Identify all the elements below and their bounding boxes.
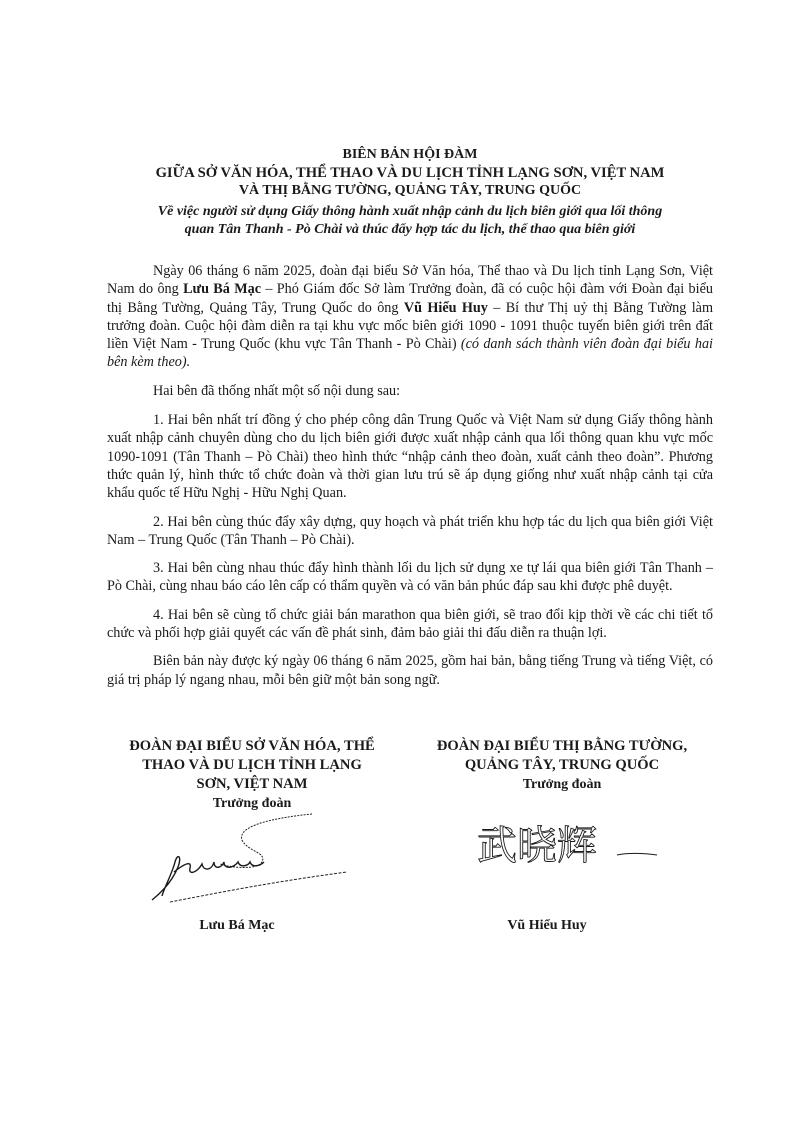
right-role: Trưởng đoàn [397, 775, 727, 794]
subtitle-line2: quan Tân Thanh - Pò Chài và thúc đẩy hợp… [107, 221, 713, 239]
document-body: Ngày 06 tháng 6 năm 2025, đoàn đại biểu … [107, 262, 713, 699]
agreement-intro: Hai bên đã thống nhất một số nội dung sa… [107, 382, 713, 400]
subtitle-line1: Về việc người sử dụng Giấy thông hành xu… [107, 203, 713, 221]
closing-paragraph: Biên bản này được ký ngày 06 tháng 6 năm… [107, 652, 713, 689]
document-title: BIÊN BẢN HỘI ĐÀM [107, 146, 713, 164]
intro-name-2: Vũ Hiểu Huy [404, 300, 488, 316]
signatory-name-left: Lưu Bá Mạc [157, 918, 317, 934]
left-role: Trưởng đoàn [97, 794, 407, 813]
left-org-line2: THAO VÀ DU LỊCH TỈNH LẠNG [97, 756, 407, 775]
signature-right-image: 武晓辉 [477, 815, 667, 875]
left-org-line3: SƠN, VIỆT NAM [97, 775, 407, 794]
intro-name-1: Lưu Bá Mạc [183, 281, 261, 297]
document-title-line2: GIỮA SỞ VĂN HÓA, THỂ THAO VÀ DU LỊCH TỈN… [107, 164, 713, 182]
agreement-item-4: 4. Hai bên sẽ cùng tổ chức giải bán mara… [107, 606, 713, 643]
document-header: BIÊN BẢN HỘI ĐÀM GIỮA SỞ VĂN HÓA, THỂ TH… [107, 146, 713, 239]
signature-block-right: ĐOÀN ĐẠI BIỂU THỊ BẰNG TƯỜNG, QUẢNG TÂY,… [397, 737, 727, 794]
agreement-item-2: 2. Hai bên cùng thúc đẩy xây dựng, quy h… [107, 513, 713, 550]
intro-paragraph: Ngày 06 tháng 6 năm 2025, đoàn đại biểu … [107, 262, 713, 372]
left-org-line1: ĐOÀN ĐẠI BIỂU SỞ VĂN HÓA, THỂ [97, 737, 407, 756]
document-title-line3: VÀ THỊ BẰNG TƯỜNG, QUẢNG TÂY, TRUNG QUỐC [107, 182, 713, 200]
svg-text:武晓辉: 武晓辉 [477, 823, 597, 869]
right-org-line1: ĐOÀN ĐẠI BIỂU THỊ BẰNG TƯỜNG, [397, 737, 727, 756]
document-subtitle: Về việc người sử dụng Giấy thông hành xu… [107, 203, 713, 239]
agreement-item-3: 3. Hai bên cùng nhau thúc đẩy hình thành… [107, 559, 713, 596]
right-org-line2: QUẢNG TÂY, TRUNG QUỐC [397, 756, 727, 775]
signatory-name-right: Vũ Hiểu Huy [467, 918, 627, 934]
signature-left-image [142, 812, 352, 907]
signature-block-left: ĐOÀN ĐẠI BIỂU SỞ VĂN HÓA, THỂ THAO VÀ DU… [97, 737, 407, 813]
agreement-item-1: 1. Hai bên nhất trí đồng ý cho phép công… [107, 411, 713, 502]
